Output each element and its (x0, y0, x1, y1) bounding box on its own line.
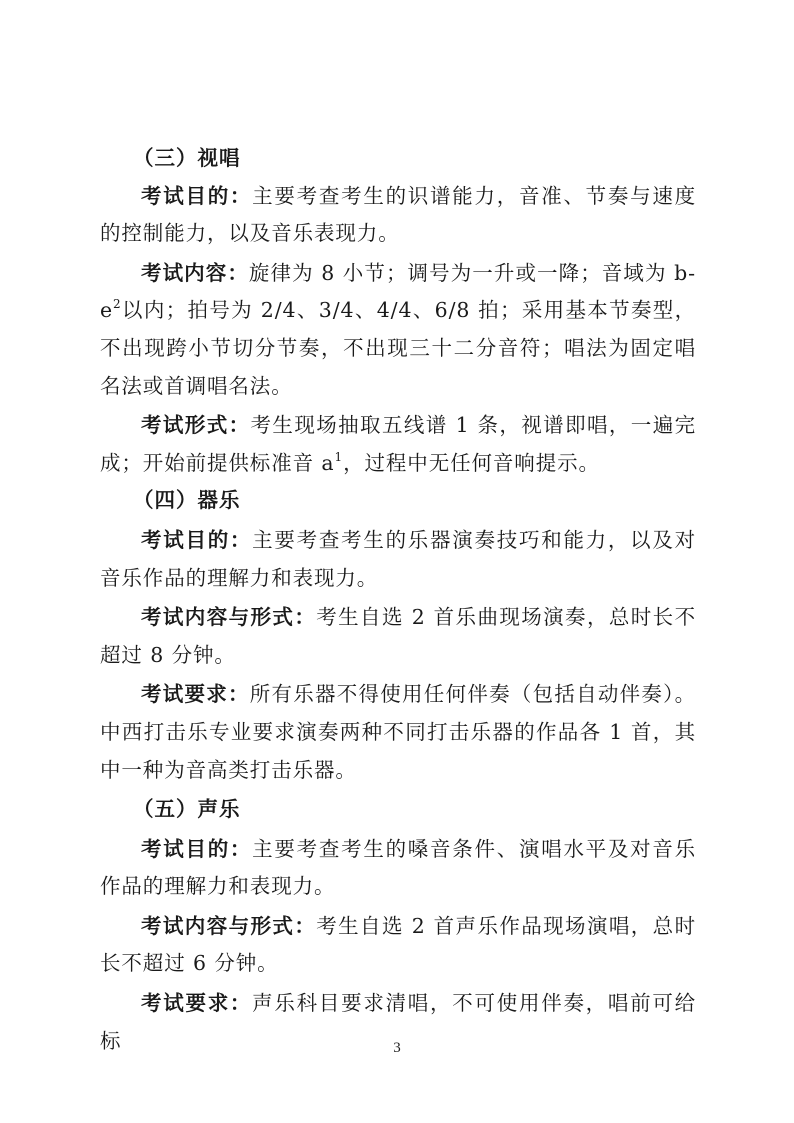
paragraph-exam-purpose: 考试目的：主要考查考生的嗓音条件、演唱水平及对音乐作品的理解力和表现力。 (100, 831, 696, 906)
paragraph-exam-purpose: 考试目的：主要考查考生的识谱能力，音准、节奏与速度的控制能力，以及音乐表现力。 (100, 178, 696, 253)
paragraph-label: 考试内容： (141, 261, 249, 285)
paragraph-text: ，过程中无任何音响提示。 (343, 451, 600, 475)
paragraph-text: 以内；拍号为 2/4、3/4、4/4、6/8 拍；采用基本节奏型，不出现跨小节切… (100, 298, 696, 397)
paragraph-exam-content-format: 考试内容与形式：考生自选 2 首乐曲现场演奏，总时长不超过 8 分钟。 (100, 599, 696, 674)
document-page: （三）视唱 考试目的：主要考查考生的识谱能力，音准、节奏与速度的控制能力，以及音… (100, 140, 696, 1060)
superscript: 1 (335, 450, 344, 464)
paragraph-exam-content: 考试内容：旋律为 8 小节；调号为一升或一降；音域为 b-e2以内；拍号为 2/… (100, 255, 696, 405)
section-heading-instrumental: （四）器乐 (100, 482, 696, 520)
superscript: 2 (113, 297, 122, 311)
paragraph-exam-format: 考试形式：考生现场抽取五线谱 1 条，视谱即唱，一遍完成；开始前提供标准音 a1… (100, 407, 696, 482)
paragraph-exam-purpose: 考试目的：主要考查考生的乐器演奏技巧和能力，以及对音乐作品的理解力和表现力。 (100, 522, 696, 597)
paragraph-label: 考试内容与形式： (141, 605, 316, 629)
paragraph-label: 考试要求： (141, 682, 250, 706)
paragraph-label: 考试内容与形式： (141, 914, 316, 938)
section-heading-sight-singing: （三）视唱 (100, 140, 696, 178)
paragraph-exam-requirements: 考试要求：所有乐器不得使用任何伴奏（包括自动伴奏）。中西打击乐专业要求演奏两种不… (100, 676, 696, 789)
paragraph-label: 考试目的： (141, 528, 252, 552)
section-heading-vocal: （五）声乐 (100, 791, 696, 829)
paragraph-exam-content-format: 考试内容与形式：考生自选 2 首声乐作品现场演唱，总时长不超过 6 分钟。 (100, 908, 696, 983)
paragraph-label: 考试形式： (141, 413, 251, 437)
paragraph-label: 考试要求： (141, 991, 252, 1015)
paragraph-label: 考试目的： (141, 184, 252, 208)
paragraph-label: 考试目的： (141, 837, 252, 861)
page-number: 3 (0, 1040, 794, 1057)
